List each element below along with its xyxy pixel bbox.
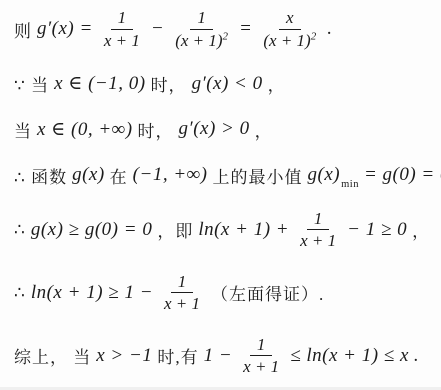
fraction-denominator: x + 1	[296, 230, 340, 251]
math-minus-operator: −	[151, 18, 164, 40]
line-inequality-expanded: ∴ g(x) ≥ g(0) = 0 ，即 ln(x + 1) + 1 x + 1…	[14, 209, 431, 251]
line-case-positive-interval: 当 x ∈ (0, +∞) 时， g′(x) > 0 ，	[14, 117, 431, 142]
text-shi: 时，	[151, 71, 187, 96]
math-minus-one-geq-zero: − 1 ≥ 0	[347, 219, 407, 241]
math-solution-document: 则 g′(x) = 1 x + 1 − 1 (x + 1)2 = x (x + …	[0, 0, 441, 390]
math-x-greater-than-neg1: x > −1	[96, 345, 152, 367]
text-because-when: ∵ 当	[14, 71, 49, 96]
line-minimum-value: ∴ 函数 g(x) 在 (−1, +∞) 上的最小值 g(x)min = g(0…	[14, 163, 431, 188]
text-on: 在	[110, 163, 128, 188]
math-domain-interval: (−1, +∞)	[133, 164, 208, 186]
math-period: .	[414, 345, 419, 367]
denominator-base: (x + 1)	[263, 31, 310, 50]
line-left-side-proved: ∴ ln(x + 1) ≥ 1 − 1 x + 1 （左面得证）.	[14, 272, 431, 314]
math-gprime-equals: g′(x) =	[37, 18, 93, 40]
fraction-denominator: (x + 1)2	[171, 30, 232, 51]
text-comma: ，	[412, 217, 430, 242]
fraction-one-over-x-plus-1: 1 x + 1	[296, 209, 340, 251]
denominator-exponent: 2	[223, 30, 229, 42]
fraction-denominator: x + 1	[160, 293, 204, 314]
text-when: 当	[14, 117, 32, 142]
fraction-numerator: 1	[190, 8, 213, 30]
fraction-one-over-x-plus-1: 1 x + 1	[239, 335, 283, 377]
math-ln-plus: ln(x + 1) +	[198, 219, 289, 241]
fraction-x-over-x-plus-1-squared: x (x + 1)2	[259, 8, 320, 50]
math-g-of-x-min: g(x)min	[308, 164, 359, 188]
text-shi: 时，	[138, 117, 174, 142]
math-g-of-x: g(x)	[308, 164, 341, 185]
text-minimum-value-label: 上的最小值	[213, 163, 303, 188]
fraction-numerator: 1	[250, 335, 273, 357]
fraction-denominator: x + 1	[239, 356, 283, 377]
math-equals-g0-equals-0: = g(0) = 0	[364, 164, 441, 186]
fraction-numerator: 1	[307, 209, 330, 231]
text-in-summary-when: 综上， 当	[14, 343, 91, 368]
math-x-in-interval: x ∈ (0, +∞)	[37, 118, 133, 141]
text-shi-have: 时,有	[157, 343, 198, 368]
text-comma: ，	[268, 71, 286, 96]
math-gprime-positive: g′(x) > 0	[179, 118, 250, 140]
fraction-one-over-x-plus-1: 1 x + 1	[100, 8, 144, 50]
line-case-negative-interval: ∵ 当 x ∈ (−1, 0) 时， g′(x) < 0 ，	[14, 71, 431, 96]
denominator-base: (x + 1)	[175, 31, 222, 50]
math-one-minus: 1 −	[204, 345, 233, 367]
text-therefore: ∴	[14, 283, 26, 303]
text-therefore-function: ∴ 函数	[14, 163, 67, 188]
fraction-denominator: (x + 1)2	[259, 30, 320, 51]
fraction-numerator: 1	[111, 8, 134, 30]
math-gprime-negative: g′(x) < 0	[192, 73, 263, 95]
line-summary: 综上， 当 x > −1 时,有 1 − 1 x + 1 ≤ ln(x + 1)…	[14, 335, 431, 377]
fraction-numerator: x	[279, 8, 301, 30]
math-period: .	[327, 18, 332, 40]
math-sandwich-inequality: ≤ ln(x + 1) ≤ x	[290, 345, 409, 367]
text-that-is: ，即	[157, 217, 193, 242]
fraction-denominator: x + 1	[100, 30, 144, 51]
fraction-one-over-x-plus-1-squared: 1 (x + 1)2	[171, 8, 232, 50]
text-then: 则	[14, 17, 32, 42]
line-derivative: 则 g′(x) = 1 x + 1 − 1 (x + 1)2 = x (x + …	[14, 8, 431, 50]
fraction-one-over-x-plus-1: 1 x + 1	[160, 272, 204, 314]
math-ln-geq: ln(x + 1) ≥ 1 −	[31, 282, 153, 304]
fraction-numerator: 1	[171, 272, 194, 294]
denominator-exponent: 2	[311, 30, 317, 42]
text-therefore: ∴	[14, 220, 26, 240]
text-left-side-proved: （左面得证）.	[211, 280, 324, 305]
text-comma: ，	[255, 117, 273, 142]
math-g-of-x: g(x)	[72, 164, 105, 186]
math-x-in-interval: x ∈ (−1, 0)	[54, 72, 145, 95]
math-equals-operator: =	[239, 18, 252, 40]
math-g-inequality: g(x) ≥ g(0) = 0	[31, 219, 153, 241]
subscript-min: min	[341, 179, 359, 190]
